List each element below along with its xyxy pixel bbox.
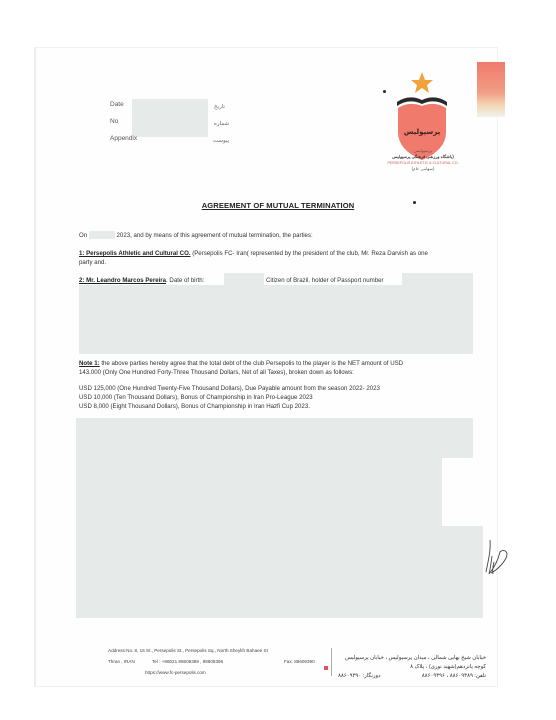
redacted-block-2 — [76, 418, 473, 458]
note-text: the above parties hereby agree that the … — [100, 360, 403, 367]
party-2-name: 2: Mr. Leandro Marcos Pereira — [79, 277, 166, 284]
breakdown-item: USD 8,000 (Eight Thousand Dollars), Bonu… — [79, 402, 380, 411]
footer-fa-line-1: خیابان شیخ بهایی شمالی ، میدان پرسپولیس … — [345, 655, 486, 661]
footer-website[interactable]: https://www.fc-persepolis.com — [145, 670, 206, 675]
party-1-name: 1: Persepolis Athletic and Cultural CO. — [79, 250, 191, 257]
note-label: Note 1: — [79, 360, 100, 367]
note-paragraph: Note 1: the above parties hereby agree t… — [79, 359, 403, 377]
number-label: No — [110, 118, 118, 125]
redacted-date-number — [132, 99, 208, 137]
signature-icon — [482, 538, 512, 578]
redacted-date — [89, 231, 115, 239]
footer-fa-fax: دورنگار: ۸۸۶۰۹۳۹۰ — [338, 673, 381, 679]
footer-fa-line-3: تلفن: ۸۸۶۰۹۳۸۹ ، ۸۸۶۰۹۳۹۶ — [422, 673, 486, 679]
footer-city: Thran , IRAN — [108, 659, 135, 664]
stray-dot — [383, 90, 386, 93]
intro-on: On — [79, 232, 87, 239]
redacted-block-3 — [76, 457, 442, 527]
breakdown-list: USD 125,000 (One Hundred Twenty-Five Tho… — [79, 384, 380, 411]
footer-fax: Fax: 88609390 — [284, 659, 315, 664]
party-2-dob-label: . Date of birth: — [166, 277, 204, 284]
number-label-fa: شماره — [214, 121, 229, 127]
note-text-2: 143.000 (Only One Hundred Forty-Three Th… — [79, 369, 354, 376]
redacted-block-1 — [79, 285, 473, 354]
intro-paragraph: On 2023, and by means of this agreement … — [79, 231, 313, 240]
footer-address: Address:No. 8, 15 St., Persepolis St., P… — [108, 648, 268, 653]
intro-rest: 2023, and by means of this agreement of … — [117, 232, 313, 239]
corner-color-bar — [477, 62, 505, 117]
party-2-paragraph: 2: Mr. Leandro Marcos Pereira. Date of b… — [79, 276, 204, 285]
redacted-block-4 — [76, 526, 483, 618]
footer-tel: Tel : +98021 88609389 , 88609396 — [152, 659, 223, 664]
footer-separator — [331, 648, 332, 676]
logo-caption-4: (سهامی عام) — [378, 166, 468, 172]
party-1-text: (Persepolis FC- Iran( represented by the… — [191, 250, 428, 257]
date-label-fa: تاریخ — [214, 104, 225, 110]
breakdown-item: USD 10,000 (Ten Thousand Dollars), Bonus… — [79, 393, 380, 402]
footer-marker — [324, 666, 328, 670]
party-1-text-2: party and. — [79, 259, 106, 266]
party-2-citizen: Citizen of Brazil. holder of Passport nu… — [266, 276, 384, 285]
redacted-birth-date — [224, 273, 264, 285]
appendix-label-fa: پیوست — [213, 138, 229, 144]
appendix-label: Appendix — [110, 135, 137, 142]
svg-text:پرسپولیس: پرسپولیس — [404, 128, 441, 136]
redacted-passport — [402, 273, 473, 285]
document-title: AGREEMENT OF MUTUAL TERMINATION — [0, 201, 556, 210]
stray-dot-2 — [413, 201, 416, 204]
footer-fa-line-2: کوچه پانزدهم(شهید نوری) ، پلاک ۸ — [410, 664, 486, 670]
breakdown-item: USD 125,000 (One Hundred Twenty-Five Tho… — [79, 384, 380, 393]
party-1-paragraph: 1: Persepolis Athletic and Cultural CO. … — [79, 249, 428, 267]
date-label: Date — [110, 101, 124, 108]
